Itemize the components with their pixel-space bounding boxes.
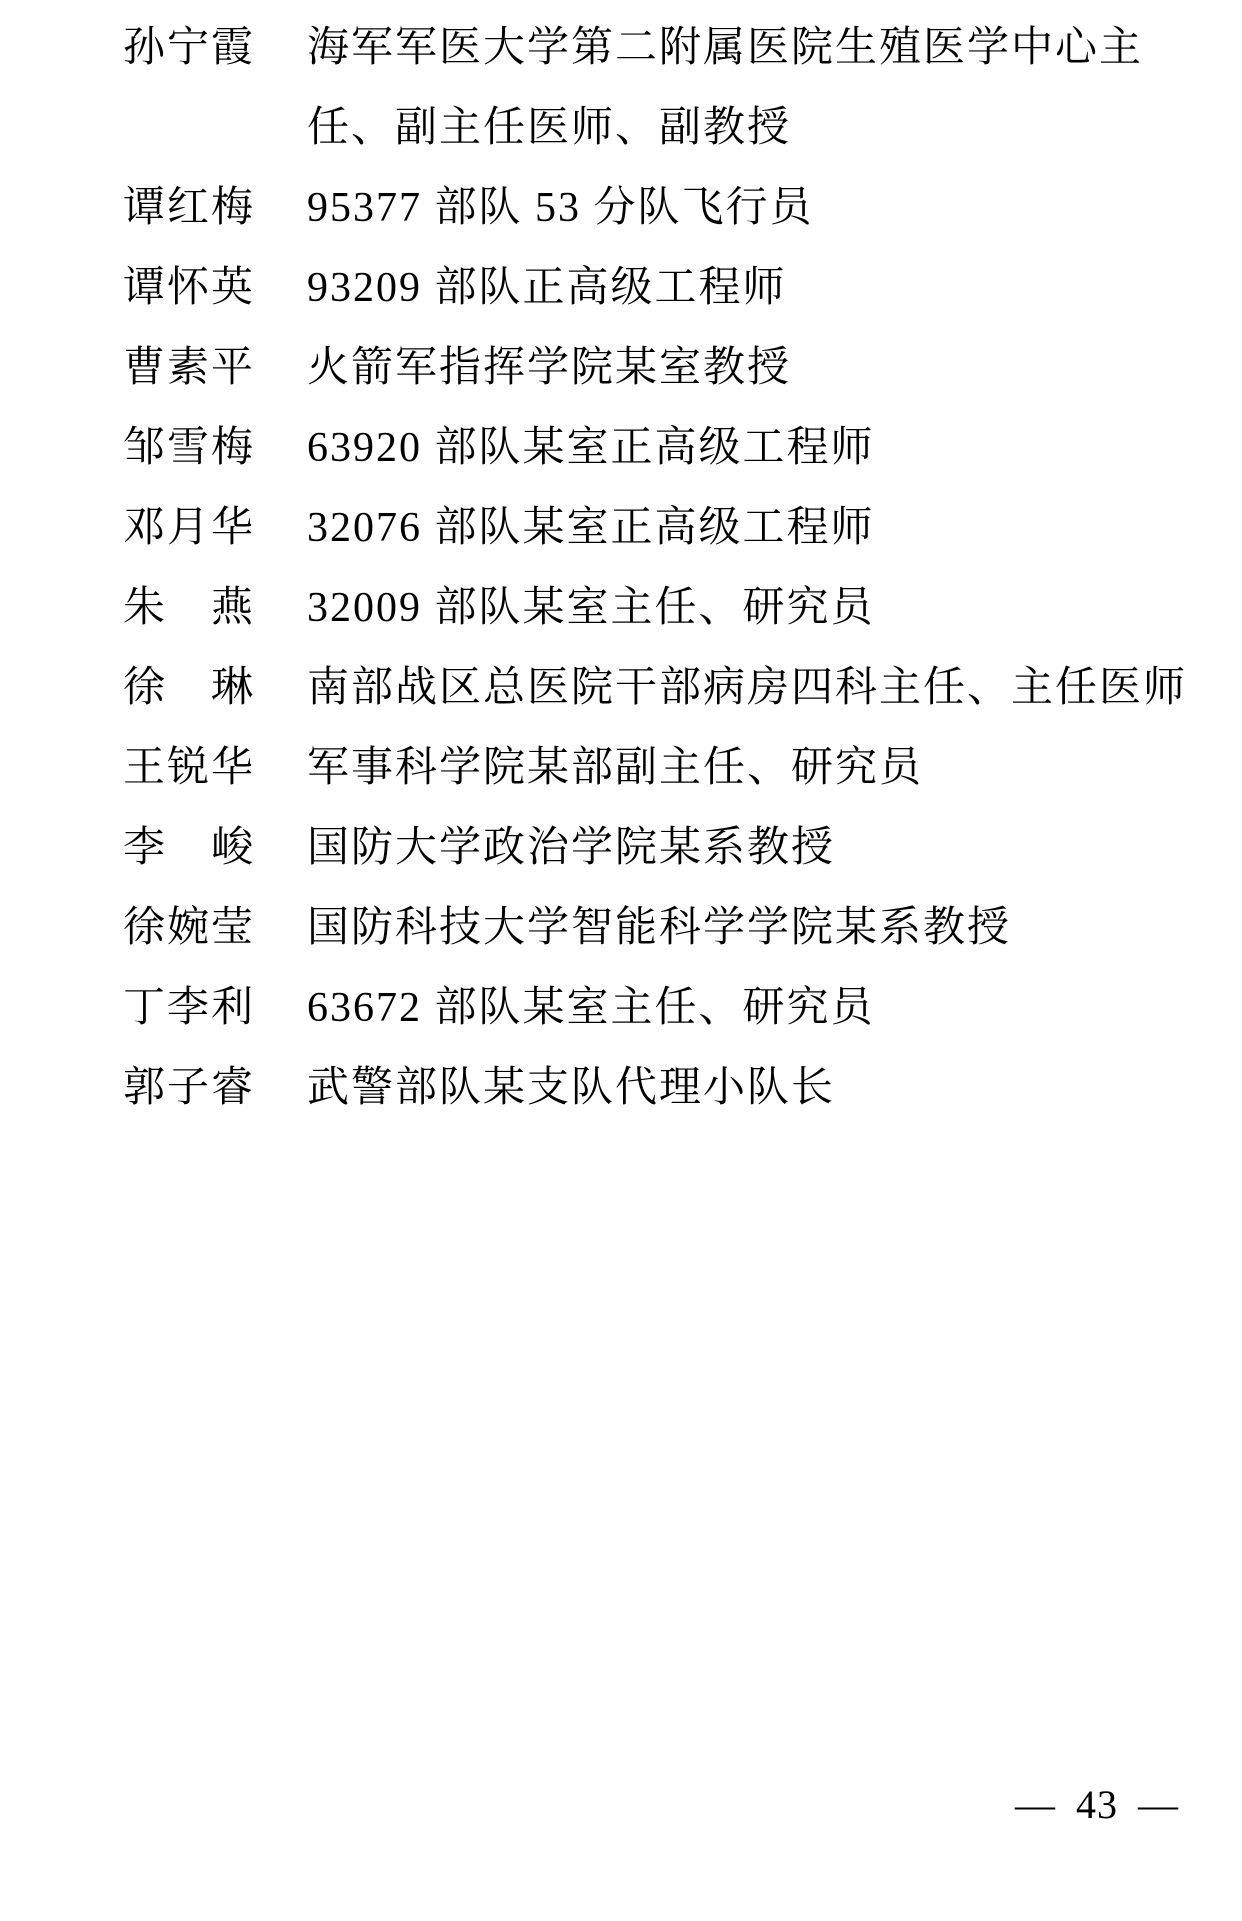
roster-entry: 邓月华 32076 部队某室正高级工程师 — [123, 488, 1228, 568]
person-name: 朱 燕 — [123, 568, 307, 648]
position-line: 南部战区总医院干部病房四科主任、主任医师 — [307, 648, 1228, 728]
person-position: 国防大学政治学院某系教授 — [307, 808, 1228, 888]
person-position: 国防科技大学智能科学学院某系教授 — [307, 888, 1228, 968]
person-position: 军事科学院某部副主任、研究员 — [307, 728, 1228, 808]
roster-entry: 孙宁霞 海军军医大学第二附属医院生殖医学中心主任、副主任医师、副教授 — [123, 8, 1228, 168]
roster-entry: 曹素平 火箭军指挥学院某室教授 — [123, 328, 1228, 408]
roster-entry: 丁李利 63672 部队某室主任、研究员 — [123, 968, 1228, 1048]
roster-entry: 谭怀英 93209 部队正高级工程师 — [123, 248, 1228, 328]
position-line: 海军军医大学第二附属医院生殖医学中心主 — [307, 8, 1228, 88]
roster-list: 孙宁霞 海军军医大学第二附属医院生殖医学中心主任、副主任医师、副教授 谭红梅 9… — [123, 8, 1228, 1128]
person-name: 邓月华 — [123, 488, 307, 568]
position-line: 国防科技大学智能科学学院某系教授 — [307, 888, 1228, 968]
person-position: 93209 部队正高级工程师 — [307, 248, 1228, 328]
person-position: 32009 部队某室主任、研究员 — [307, 568, 1228, 648]
position-line: 军事科学院某部副主任、研究员 — [307, 728, 1228, 808]
position-line: 95377 部队 53 分队飞行员 — [307, 168, 1228, 248]
roster-entry: 徐婉莹 国防科技大学智能科学学院某系教授 — [123, 888, 1228, 968]
person-name: 徐婉莹 — [123, 888, 307, 968]
position-line: 任、副主任医师、副教授 — [307, 88, 1228, 168]
person-position: 32076 部队某室正高级工程师 — [307, 488, 1228, 568]
person-position: 火箭军指挥学院某室教授 — [307, 328, 1228, 408]
person-name: 徐 琳 — [123, 648, 307, 728]
roster-entry: 王锐华 军事科学院某部副主任、研究员 — [123, 728, 1228, 808]
position-line: 国防大学政治学院某系教授 — [307, 808, 1228, 888]
person-name: 王锐华 — [123, 728, 307, 808]
position-line: 32009 部队某室主任、研究员 — [307, 568, 1228, 648]
person-name: 丁李利 — [123, 968, 307, 1048]
page-number: — 43 — — [1015, 1783, 1179, 1827]
person-name: 孙宁霞 — [123, 8, 307, 88]
person-name: 李 峻 — [123, 808, 307, 888]
position-line: 93209 部队正高级工程师 — [307, 248, 1228, 328]
roster-entry: 徐 琳 南部战区总医院干部病房四科主任、主任医师 — [123, 648, 1228, 728]
person-position: 南部战区总医院干部病房四科主任、主任医师 — [307, 648, 1228, 728]
person-name: 郭子睿 — [123, 1048, 307, 1128]
position-line: 32076 部队某室正高级工程师 — [307, 488, 1228, 568]
person-name: 谭红梅 — [123, 168, 307, 248]
roster-entry: 郭子睿 武警部队某支队代理小队长 — [123, 1048, 1228, 1128]
person-position: 95377 部队 53 分队飞行员 — [307, 168, 1228, 248]
roster-entry: 谭红梅 95377 部队 53 分队飞行员 — [123, 168, 1228, 248]
position-line: 63672 部队某室主任、研究员 — [307, 968, 1228, 1048]
person-position: 63672 部队某室主任、研究员 — [307, 968, 1228, 1048]
person-position: 海军军医大学第二附属医院生殖医学中心主任、副主任医师、副教授 — [307, 8, 1228, 168]
person-name: 邹雪梅 — [123, 408, 307, 488]
person-name: 曹素平 — [123, 328, 307, 408]
document-page: 孙宁霞 海军军医大学第二附属医院生殖医学中心主任、副主任医师、副教授 谭红梅 9… — [0, 0, 1242, 1921]
position-line: 63920 部队某室正高级工程师 — [307, 408, 1228, 488]
person-position: 63920 部队某室正高级工程师 — [307, 408, 1228, 488]
position-line: 火箭军指挥学院某室教授 — [307, 328, 1228, 408]
roster-entry: 李 峻 国防大学政治学院某系教授 — [123, 808, 1228, 888]
roster-entry: 邹雪梅 63920 部队某室正高级工程师 — [123, 408, 1228, 488]
position-line: 武警部队某支队代理小队长 — [307, 1048, 1228, 1128]
roster-entry: 朱 燕 32009 部队某室主任、研究员 — [123, 568, 1228, 648]
person-name: 谭怀英 — [123, 248, 307, 328]
person-position: 武警部队某支队代理小队长 — [307, 1048, 1228, 1128]
